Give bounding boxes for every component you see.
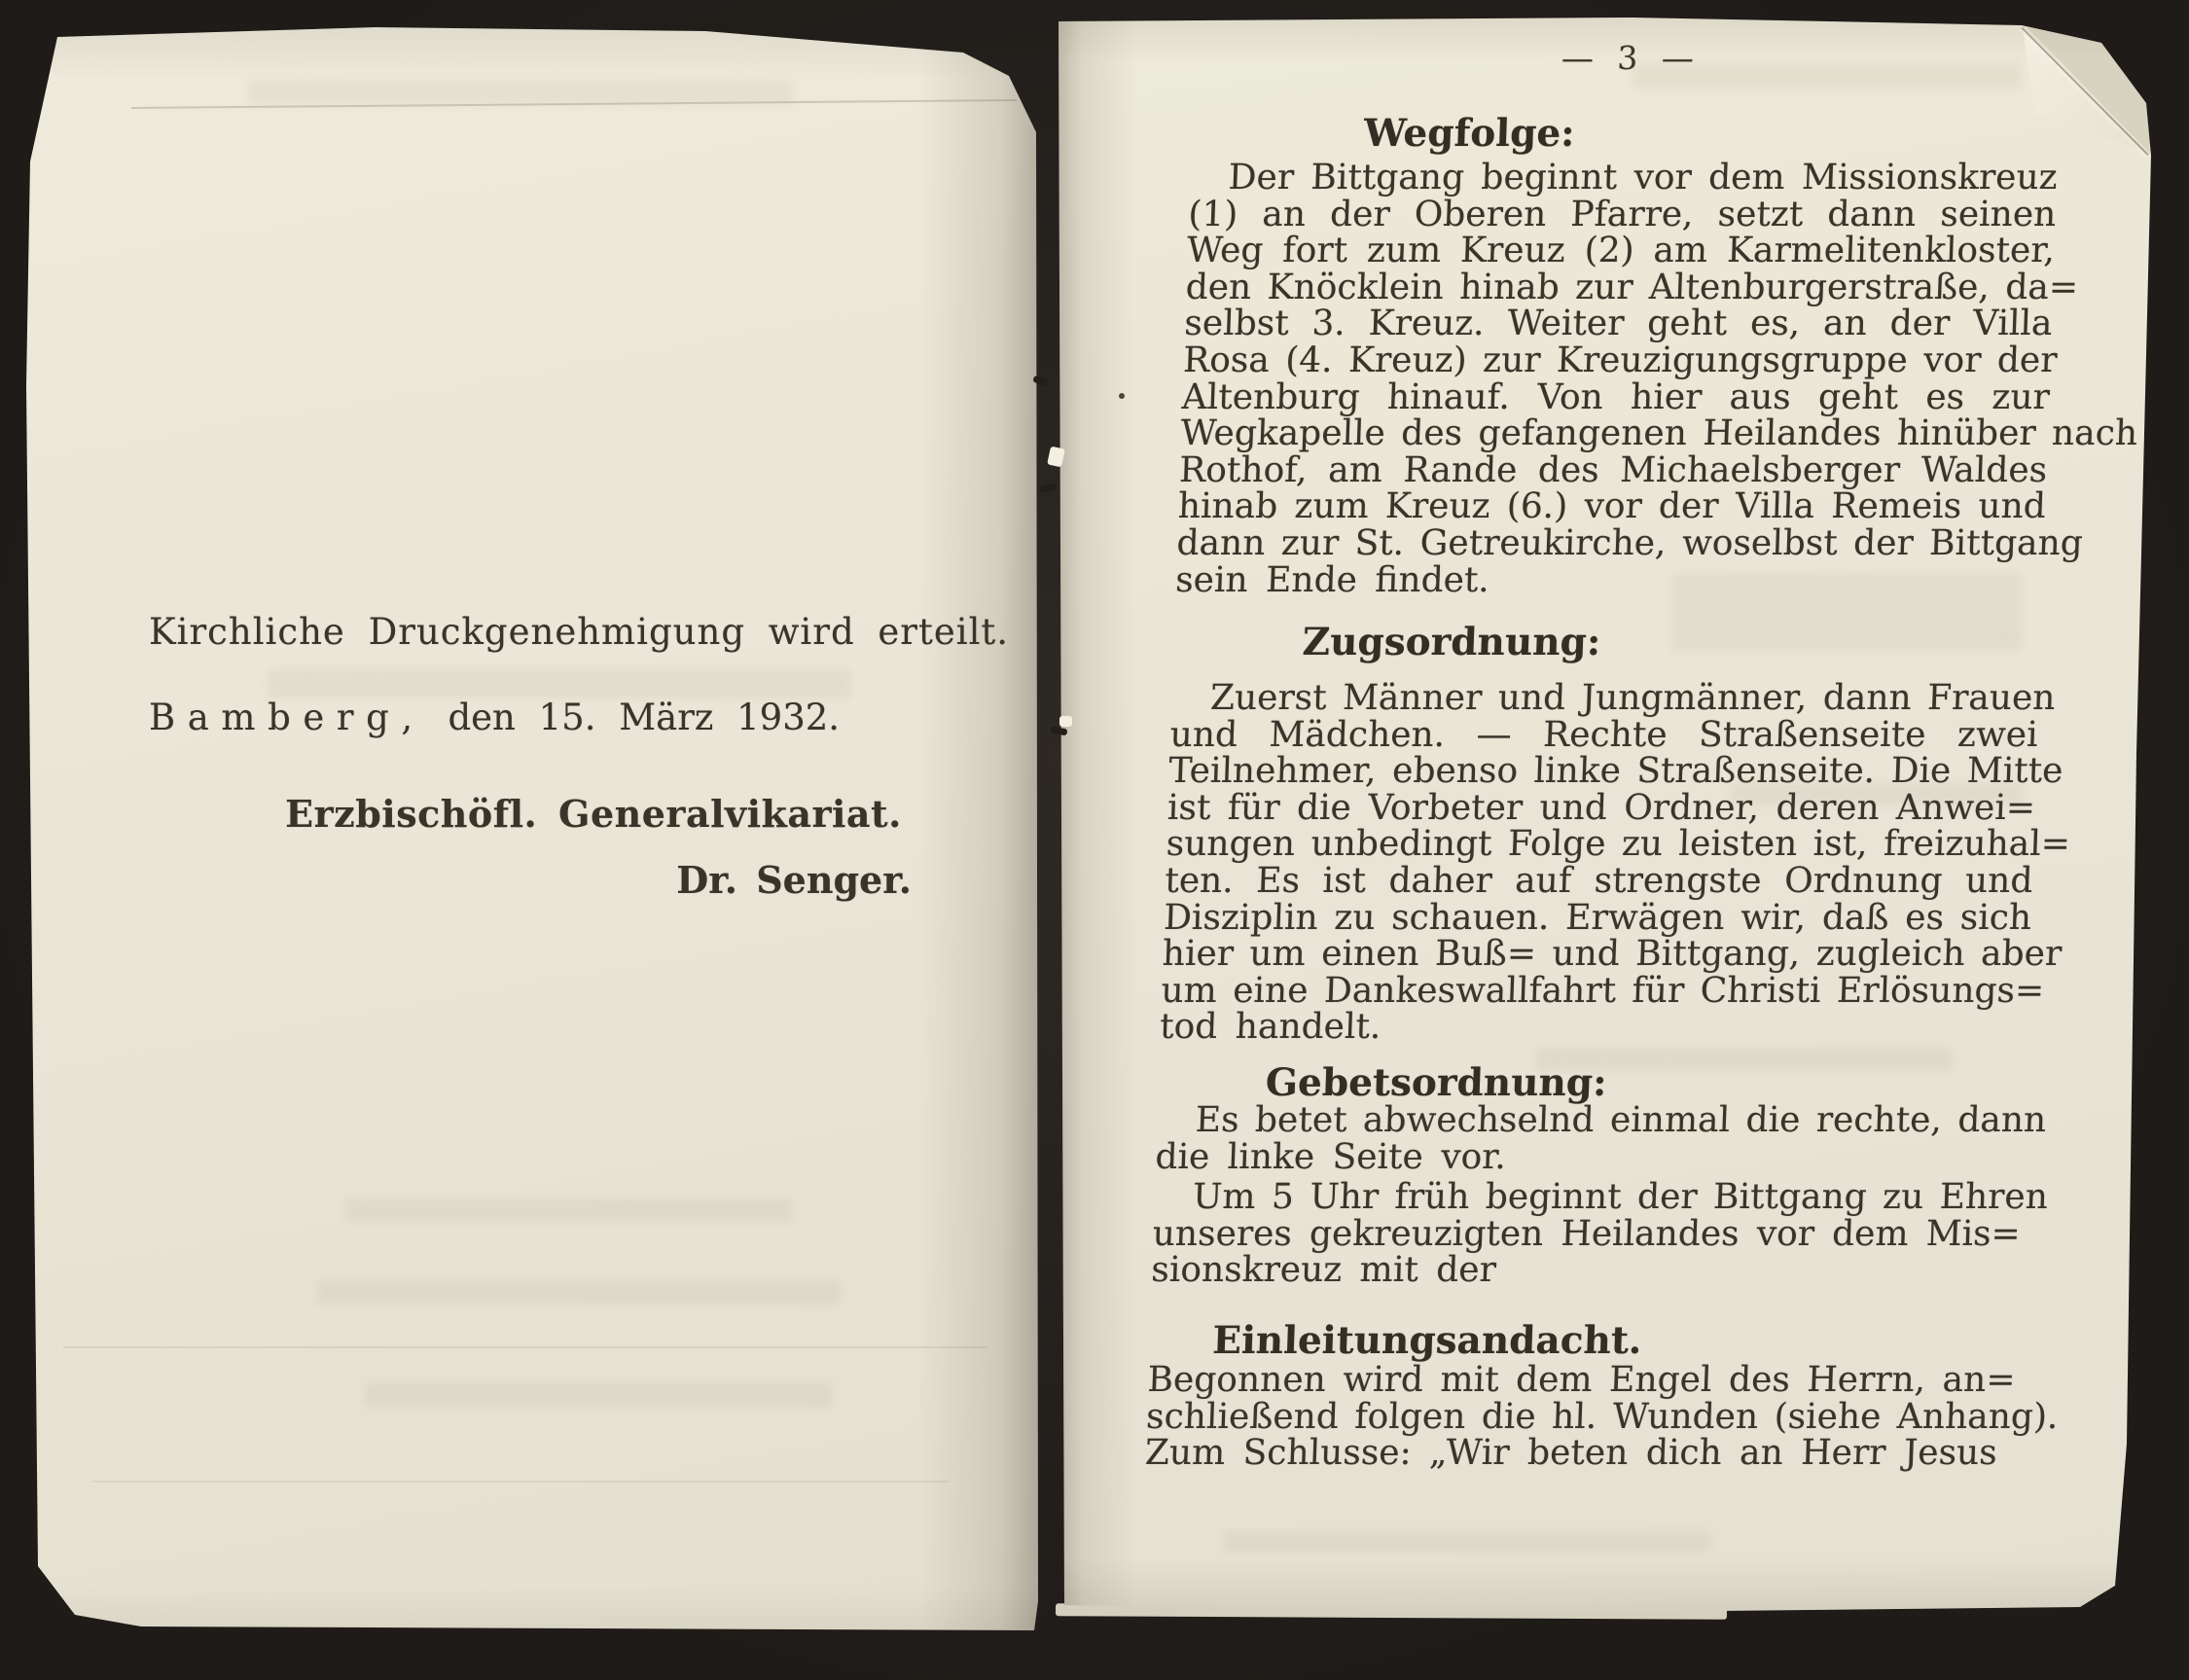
- paper-speck: [1059, 716, 1072, 727]
- stitch-thread: [1039, 483, 1057, 493]
- body-line: Disziplin zu schauen. Erwägen wir, daß e…: [1163, 900, 2031, 937]
- body-line: die linke Seite vor.: [1155, 1139, 2024, 1176]
- ghost-bleed: [1224, 1531, 1710, 1553]
- ghost-bleed: [248, 80, 793, 105]
- body-line: Wegkapelle des gefangenen Heilandes hinü…: [1180, 415, 2049, 452]
- page-crease: [92, 1481, 949, 1483]
- paragraph-zugsordnung: Zuerst Männer und Jungmänner, dann Fraue…: [1160, 680, 2040, 1046]
- body-line: schließend folgen die hl. Wunden (siehe …: [1146, 1399, 2015, 1436]
- body-line: selbst 3. Kreuz. Weiter geht es, an der …: [1184, 305, 2053, 342]
- authority-line: Erzbischöfl. Generalvikariat.: [151, 792, 1036, 836]
- body-line: den Knöcklein hinab zur Altenburgerstraß…: [1185, 269, 2054, 306]
- section-heading-wegfolge: Wegfolge:: [1034, 111, 1904, 156]
- date-rest: den 15. März 1932.: [448, 697, 840, 738]
- paragraph-gebetsordnung-2: Um 5 Uhr früh beginnt der Bittgang zu Eh…: [1151, 1179, 2023, 1289]
- body-line: und Mädchen. — Rechte Straßenseite zwei: [1169, 717, 2038, 754]
- body-line: Begonnen wird mit dem Engel des Herrn, a…: [1147, 1362, 2016, 1399]
- body-line: hier um einen Buß= und Bittgang, zugleic…: [1162, 936, 2030, 973]
- body-line: (1) an der Oberen Pfarre, setzt dann sei…: [1188, 197, 2057, 233]
- body-line: Weg fort zum Kreuz (2) am Karmelitenklos…: [1186, 232, 2055, 269]
- ink-speck: [1119, 393, 1125, 399]
- body-line: Teilnehmer, ebenso linke Straßenseite. D…: [1168, 753, 2037, 790]
- body-line: Es betet abwechselnd einmal die rechte, …: [1156, 1102, 2025, 1139]
- body-line: sionskreuz mit der: [1151, 1252, 2020, 1289]
- body-line: sein Ende findet.: [1175, 562, 2044, 599]
- left-page: Kirchliche Druckgenehmigung wird erteilt…: [24, 16, 1040, 1634]
- page-number: — 3 —: [1193, 39, 2062, 77]
- body-line: ten. Es ist daher auf strengste Ordnung …: [1165, 863, 2033, 900]
- body-line: unseres gekreuzigten Heilandes vor dem M…: [1152, 1216, 2021, 1253]
- page-crease: [63, 1346, 987, 1348]
- body-line: tod handelt.: [1160, 1009, 2028, 1046]
- body-line: Der Bittgang beginnt vor dem Missionskre…: [1189, 160, 2058, 197]
- paragraph-wegfolge: Der Bittgang beginnt vor dem Missionskre…: [1175, 160, 2059, 598]
- body-line: um eine Dankeswallfahrt für Christi Erlö…: [1161, 973, 2029, 1010]
- date-city: Bamberg,: [149, 697, 425, 738]
- body-line: Altenburg hinauf. Von hier aus geht es z…: [1181, 379, 2050, 416]
- body-line: ist für die Vorbeter und Ordner, deren A…: [1166, 790, 2035, 827]
- body-line: Um 5 Uhr früh beginnt der Bittgang zu Eh…: [1153, 1179, 2022, 1216]
- body-line: Rosa (4. Kreuz) zur Kreuzigungsgruppe vo…: [1182, 342, 2051, 379]
- section-heading-gebetsordnung: Gebetsordnung:: [1001, 1060, 1871, 1105]
- ghost-bleed: [316, 1280, 842, 1305]
- body-line: Rothof, am Rande des Michaelsberger Wald…: [1179, 452, 2048, 489]
- right-page-type-area: — 3 — Wegfolge: Der Bittgang beginnt vor…: [1144, 29, 2063, 1488]
- signature-line: Dr. Senger.: [569, 858, 912, 902]
- body-line: dann zur St. Getreukirche, woselbst der …: [1176, 525, 2045, 562]
- body-line: Zum Schlusse: „Wir beten dich an Herr Je…: [1144, 1435, 2013, 1472]
- date-line: Bamberg, den 15. März 1932.: [149, 697, 840, 738]
- ghost-bleed: [365, 1382, 832, 1408]
- paragraph-einleitungsandacht: Begonnen wird mit dem Engel des Herrn, a…: [1144, 1362, 2016, 1472]
- paragraph-gebetsordnung-1: Es betet abwechselnd einmal die rechte, …: [1155, 1102, 2026, 1175]
- imprimatur-line: Kirchliche Druckgenehmigung wird erteilt…: [149, 611, 1009, 653]
- photo-backdrop: Kirchliche Druckgenehmigung wird erteilt…: [0, 0, 2189, 1680]
- ghost-bleed: [345, 1197, 793, 1223]
- section-heading-zugsordnung: Zugsordnung:: [1017, 620, 1886, 664]
- body-line: hinab zum Kreuz (6.) vor der Villa Remei…: [1177, 488, 2046, 525]
- ghost-bleed: [268, 669, 851, 698]
- body-line: Zuerst Männer und Jungmänner, dann Fraue…: [1170, 680, 2039, 717]
- section-heading-einleitungsandacht: Einleitungsandacht.: [992, 1318, 1862, 1363]
- page-crease: [131, 99, 1017, 109]
- body-line: sungen unbedingt Folge zu leisten ist, f…: [1166, 826, 2034, 863]
